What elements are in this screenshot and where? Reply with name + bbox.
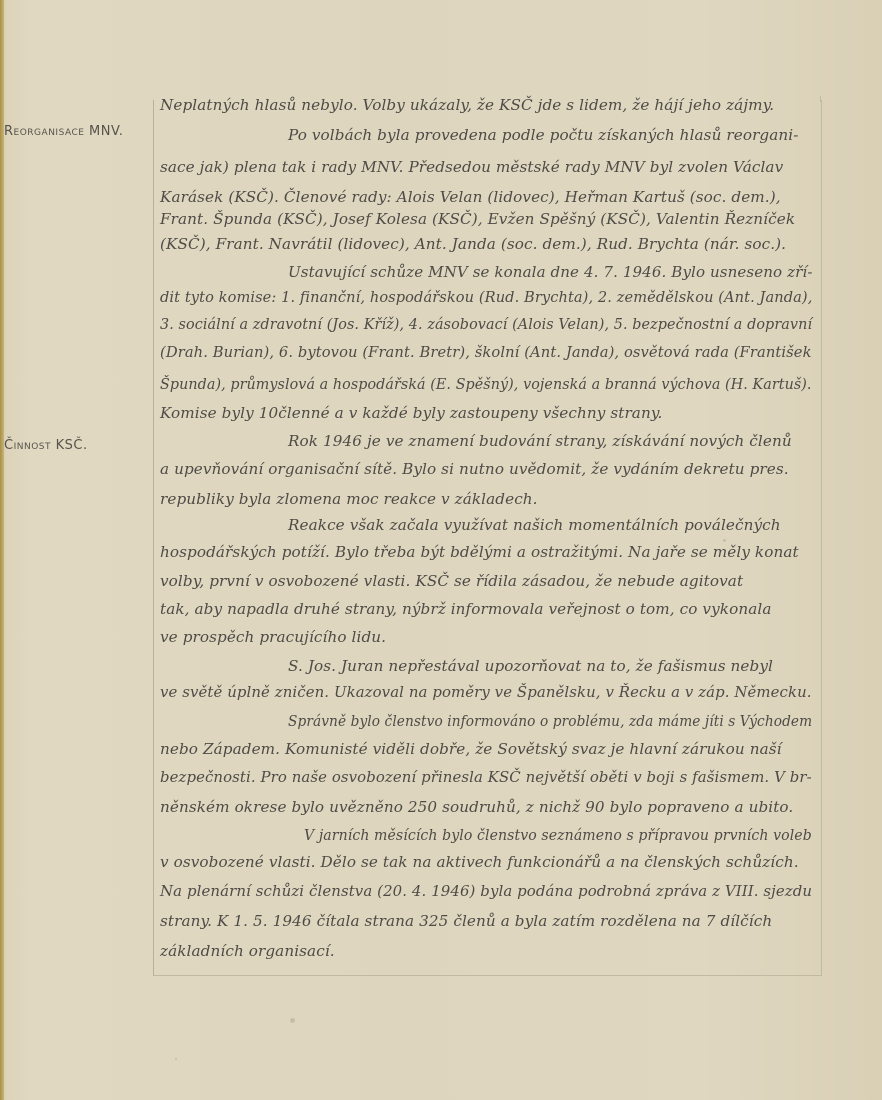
paper-spot — [175, 1058, 177, 1060]
text-line: v osvobozené vlasti. Dělo se tak na akti… — [160, 853, 799, 871]
text-line: dit tyto komise: 1. finanční, hospodářsk… — [160, 288, 812, 306]
page-binding-edge — [0, 0, 4, 1100]
text-line: Správně bylo členstvo informováno o prob… — [288, 712, 812, 730]
text-line: S. Jos. Juran nepřestával upozorňovat na… — [288, 657, 773, 675]
text-line: ve světě úplně zničen. Ukazoval na poměr… — [160, 683, 812, 701]
text-line: hospodářských potíží. Bylo třeba být bdě… — [160, 543, 799, 561]
paper-spot — [290, 1018, 295, 1023]
text-line: něnském okrese bylo uvězněno 250 soudruh… — [160, 798, 793, 816]
text-line: základních organisací. — [160, 942, 335, 960]
text-frame-border — [153, 100, 822, 976]
text-line: a upevňování organisační sítě. Bylo si n… — [160, 460, 789, 478]
text-line: Neplatných hlasů nebylo. Volby ukázaly, … — [160, 96, 774, 114]
text-line: nebo Západem. Komunisté viděli dobře, že… — [160, 740, 782, 758]
text-line: Rok 1946 je ve znamení budování strany, … — [288, 432, 792, 450]
text-line: tak, aby napadla druhé strany, nýbrž inf… — [160, 600, 771, 618]
text-line: (Drah. Burian), 6. bytovou (Frant. Bretr… — [160, 343, 812, 361]
margin-heading-reorganisace: Reorganisace MNV. — [4, 124, 123, 139]
frame-corner-mark — [820, 96, 821, 102]
text-line: volby, první v osvobozené vlasti. KSČ se… — [160, 572, 743, 590]
text-line: Ustavující schůze MNV se konala dne 4. 7… — [288, 263, 813, 281]
text-line: Na plenární schůzi členstva (20. 4. 1946… — [160, 882, 812, 900]
margin-heading-cinnost: Činnost KSČ. — [4, 438, 88, 453]
text-line: 3. sociální a zdravotní (Jos. Kříž), 4. … — [160, 315, 812, 333]
document-page: Reorganisace MNV. Činnost KSČ. Neplatnýc… — [0, 0, 882, 1100]
text-line: Reakce však začala využívat našich momen… — [288, 516, 781, 534]
text-line: sace jak) plena tak i rady MNV. Předsedo… — [160, 158, 783, 176]
text-line: Frant. Špunda (KSČ), Josef Kolesa (KSČ),… — [160, 210, 795, 228]
text-line: bezpečnosti. Pro naše osvobození přinesl… — [160, 768, 812, 786]
text-line: Po volbách byla provedena podle počtu zí… — [288, 126, 798, 144]
text-line: (KSČ), Frant. Navrátil (lidovec), Ant. J… — [160, 235, 786, 253]
text-line: republiky byla zlomena moc reakce v zákl… — [160, 490, 538, 508]
text-line: strany. K 1. 5. 1946 čítala strana 325 č… — [160, 912, 772, 930]
text-line: Karásek (KSČ). Členové rady: Alois Velan… — [160, 188, 781, 206]
text-line: V jarních měsících bylo členstvo seznáme… — [304, 826, 812, 844]
paper-spot — [723, 539, 726, 542]
text-line: Špunda), průmyslová a hospodářská (E. Sp… — [160, 375, 812, 393]
text-line: ve prospěch pracujícího lidu. — [160, 628, 386, 646]
text-line: Komise byly 10členné a v každé byly zast… — [160, 404, 662, 422]
